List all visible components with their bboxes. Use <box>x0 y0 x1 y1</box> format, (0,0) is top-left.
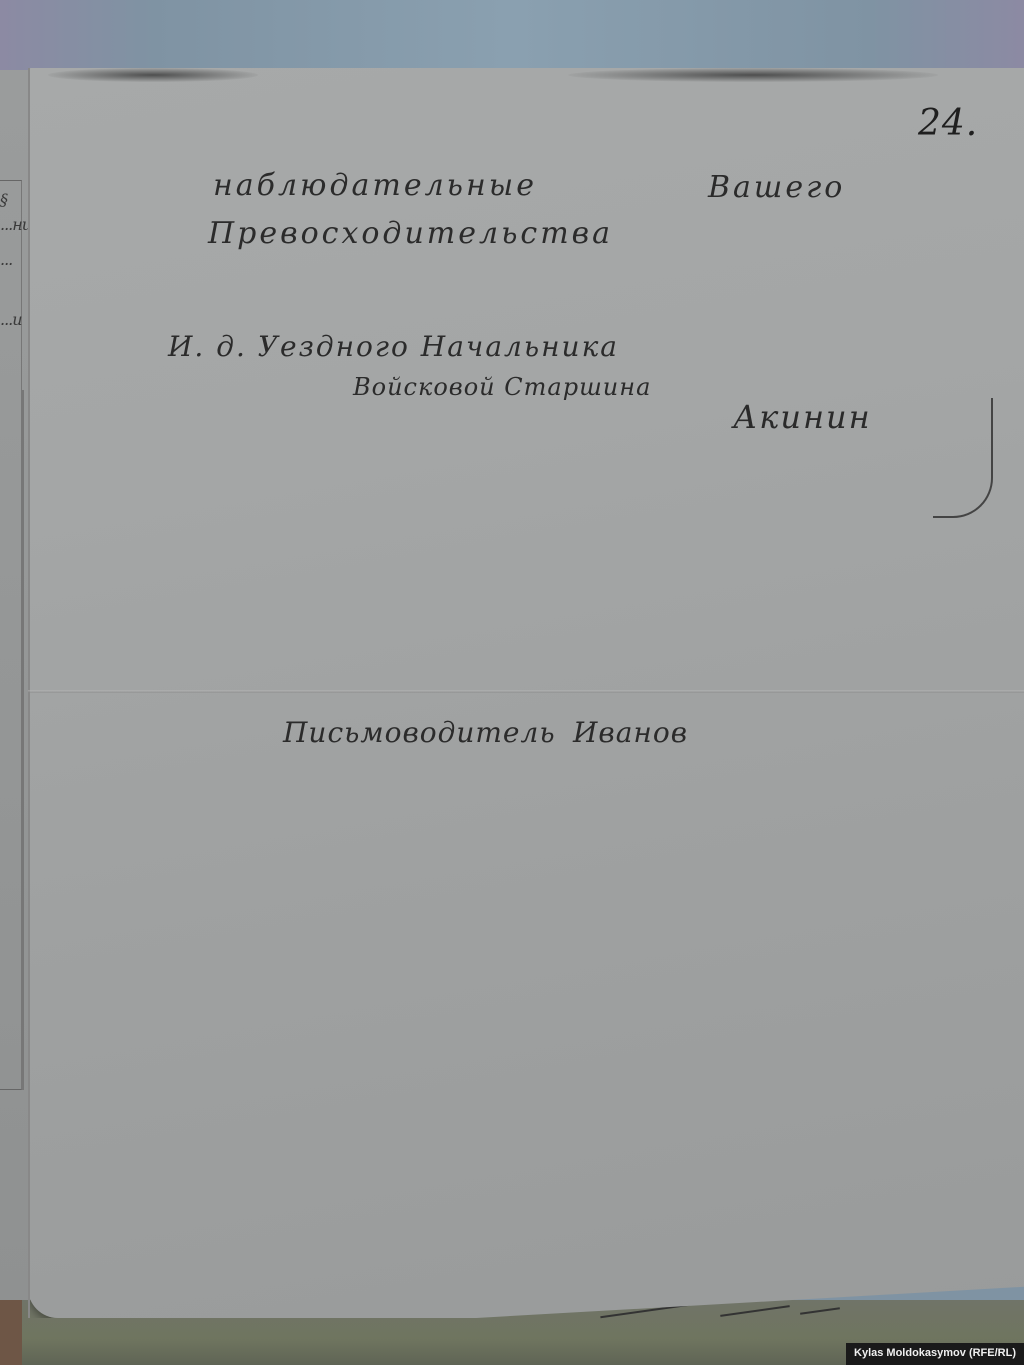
fold-line <box>28 690 1024 693</box>
handwritten-line: Войсковой Старшина <box>353 373 651 401</box>
signature-official: Акинин <box>733 398 872 436</box>
page-top-shadow <box>568 68 938 82</box>
signature-clerk: Иванов <box>573 716 688 749</box>
underlying-handwriting <box>720 1305 790 1317</box>
page-top-shadow <box>48 68 258 82</box>
margin-rule <box>22 390 24 1090</box>
page-edge <box>28 68 30 1318</box>
margin-fragment: ... <box>0 250 12 269</box>
handwritten-line: Вашего <box>708 170 845 205</box>
photo-credit: Kylas Moldokasymov (RFE/RL) <box>846 1343 1024 1365</box>
margin-fragment: ...и <box>0 310 22 329</box>
handwritten-line: наблюдательные <box>213 168 537 203</box>
backdrop-top <box>0 0 1024 75</box>
margin-fragment: § <box>0 190 7 209</box>
underlying-handwriting <box>800 1307 840 1315</box>
signature-flourish <box>933 398 993 518</box>
page-number: 24. <box>918 103 978 144</box>
document-page: 24. наблюдательные Вашего Превосходитель… <box>28 68 1024 1318</box>
handwritten-line: Превосходительства <box>208 216 613 251</box>
handwritten-line: Письмоводитель <box>283 716 556 749</box>
table-edge <box>0 1300 22 1365</box>
handwritten-line: И. д. Уездного Начальника <box>168 330 619 363</box>
